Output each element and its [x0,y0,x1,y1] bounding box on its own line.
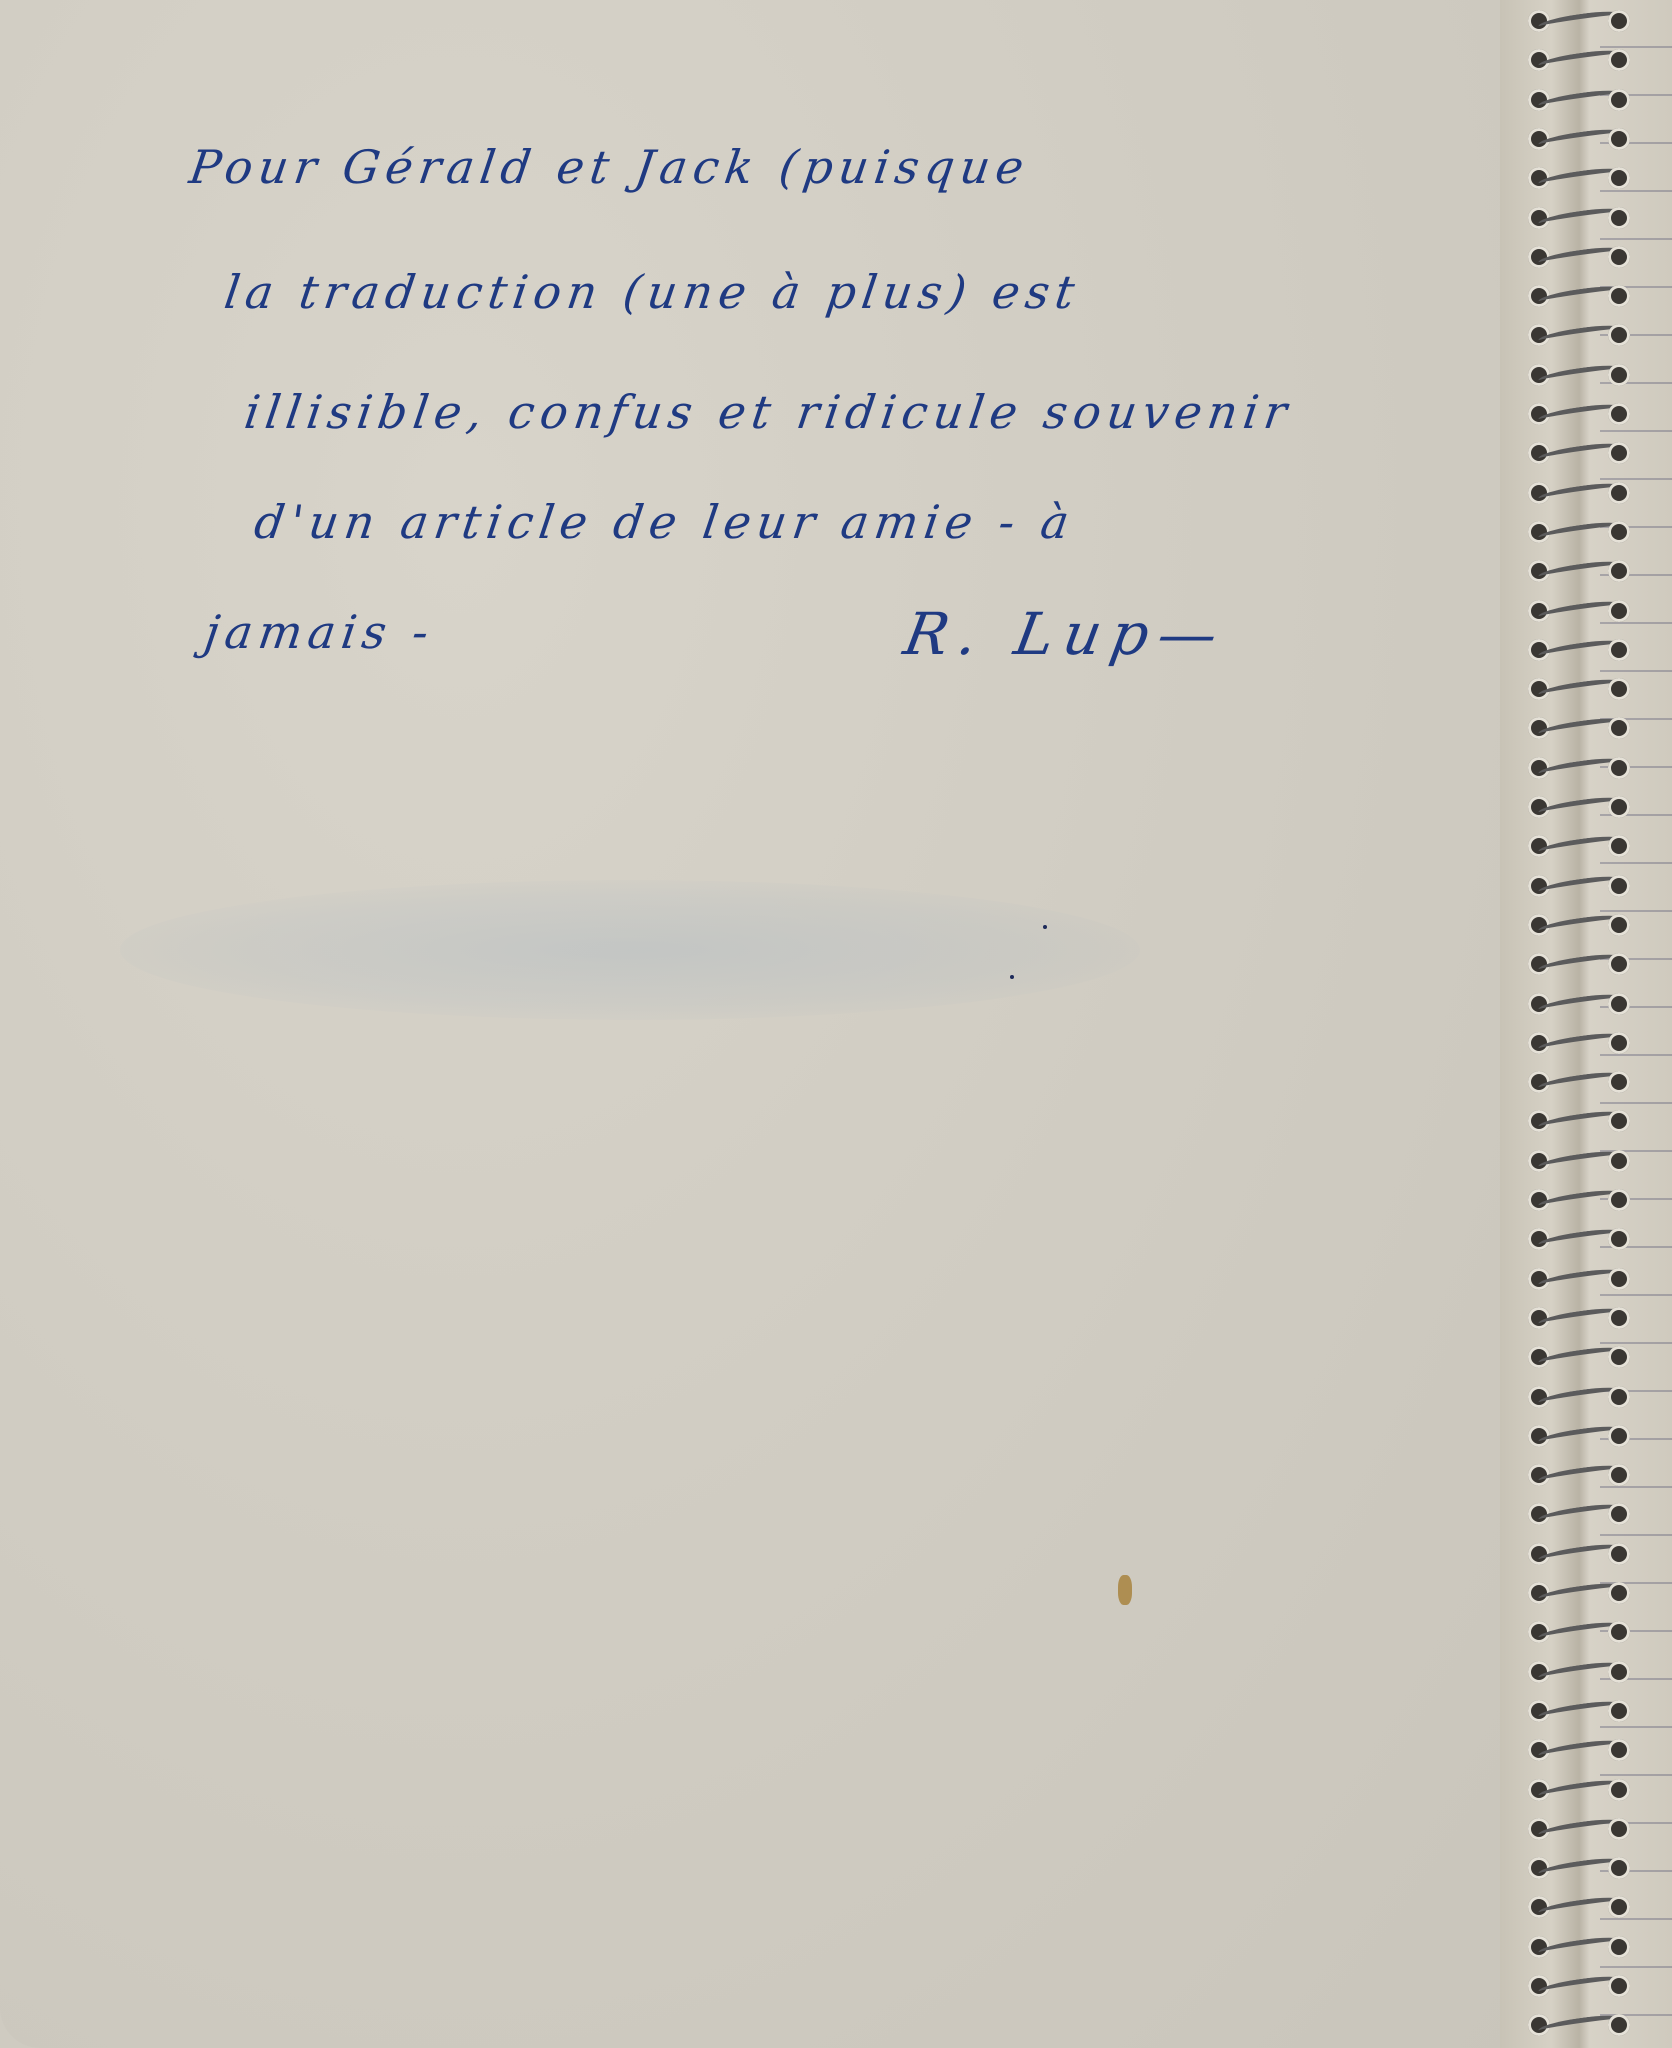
spiral-coil [1528,951,1648,977]
spiral-coil [1528,165,1648,191]
note-line-1: Pour Gérald et Jack (puisque [186,140,1033,194]
spiral-coil [1528,1580,1648,1606]
spiral-coil [1528,1501,1648,1527]
spiral-coil [1528,283,1648,309]
spiral-coil [1528,1816,1648,1842]
spiral-coil [1528,1108,1648,1134]
spiral-coil [1528,1659,1648,1685]
spiral-coil [1528,362,1648,388]
spiral-coil [1528,87,1648,113]
spiral-coil [1528,873,1648,899]
spiral-coil [1528,8,1648,34]
spiral-coil [1528,1266,1648,1292]
spiral-coil [1528,1344,1648,1370]
spiral-coil [1528,558,1648,584]
note-line-5: jamais - [201,605,438,659]
spiral-coil [1528,1973,1648,1999]
spiral-coil [1528,322,1648,348]
spiral-coil [1528,47,1648,73]
spiral-coil [1528,1462,1648,1488]
spiral-coil [1528,637,1648,663]
spiral-coil [1528,755,1648,781]
notebook-page: Pour Gérald et Jack (puisque la traducti… [0,0,1530,2048]
ink-speck [1043,925,1047,929]
spiral-coil [1528,2012,1648,2038]
spiral-coil [1528,1698,1648,1724]
spiral-coil [1528,519,1648,545]
rust-stain [1118,1575,1132,1605]
spiral-coil [1528,1855,1648,1881]
spiral-coil [1528,401,1648,427]
spiral-coil [1528,1934,1648,1960]
spiral-coil [1528,1423,1648,1449]
spiral-coil [1528,991,1648,1017]
spiral-coil [1528,480,1648,506]
note-line-2: la traduction (une à plus) est [221,265,1084,319]
spiral-coil [1528,912,1648,938]
spiral-coil [1528,1148,1648,1174]
spiral-coil [1528,794,1648,820]
spiral-coil [1528,1737,1648,1763]
spiral-coil [1528,440,1648,466]
spiral-coil [1528,1226,1648,1252]
note-line-3: illisible, confus et ridicule souvenir [241,385,1296,439]
signature: R. Lup— [899,600,1233,668]
spiral-coil [1528,1384,1648,1410]
spiral-coil [1528,1030,1648,1056]
spiral-coil [1528,205,1648,231]
spiral-coil [1528,598,1648,624]
spiral-coil [1528,833,1648,859]
spiral-coil [1528,1894,1648,1920]
spiral-coil [1528,676,1648,702]
spiral-coil [1528,1187,1648,1213]
spiral-coil [1528,1777,1648,1803]
spiral-coil [1528,1069,1648,1095]
spiral-coil [1528,715,1648,741]
ink-bleed-stain [120,880,1140,1020]
spiral-coil [1528,126,1648,152]
spiral-coil [1528,244,1648,270]
spiral-coil [1528,1541,1648,1567]
ink-speck [1010,975,1014,979]
spiral-coil [1528,1619,1648,1645]
spiral-coil [1528,1305,1648,1331]
note-line-4: d'un article de leur amie - à [251,495,1078,549]
